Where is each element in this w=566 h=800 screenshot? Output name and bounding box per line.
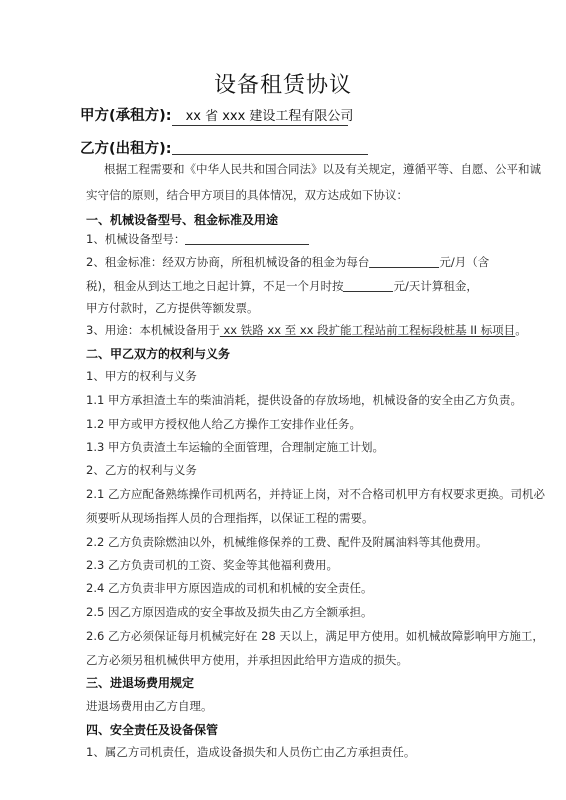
party-a-item-1-1: 1.1 甲方承担渣土车的柴油消耗，提供设备的存放场地，机械设备的安全由乙方负责。 [86, 392, 522, 408]
party-b-item-2-1b: 须要听从现场指挥人员的合理指挥，以保证工程的需要。 [86, 510, 374, 526]
usage-label: 3、用途：本机械设备用于 [86, 323, 220, 337]
party-b-item-2-4: 2.4 乙方负责非甲方原因造成的司机和机械的安全责任。 [86, 580, 372, 596]
party-b-item-2-5: 2.5 因乙方原因造成的安全事故及损失由乙方全额承担。 [86, 604, 372, 620]
monthly-rent-blank [369, 255, 439, 268]
section-1-item-2-line-3: 甲方付款时，乙方提供等额发票。 [86, 300, 259, 316]
party-a-value: xx 省 xxx 建设工程有限公司 [172, 109, 348, 126]
section-1-item-2-line-2: 税)，租金从到达工地之日起计算，不足一个月时按元/天计算租金， [86, 278, 478, 294]
party-b-item-2-6b: 乙方必须另租机械供甲方使用，并承担因此给甲方造成的损失。 [86, 652, 408, 668]
section-2-heading: 二、甲乙双方的权利与义务 [86, 345, 230, 362]
party-b-blank [172, 140, 368, 155]
party-b-row: 乙方(出租方): [80, 137, 368, 158]
rent-text-a: 2、租金标准：经双方协商，所租机械设备的租金为每台 [86, 255, 369, 269]
section-1-item-1: 1、机械设备型号： [86, 231, 309, 247]
section-1-heading: 一、机械设备型号、租金标准及用途 [86, 211, 278, 228]
party-a-rights-heading: 1、甲方的权利与义务 [86, 368, 197, 384]
party-b-rights-heading: 2、乙方的权利与义务 [86, 462, 197, 478]
party-a-item-1-2: 1.2 甲方或甲方授权他人给乙方操作工安排作业任务。 [86, 416, 361, 432]
party-b-item-2-6a: 2.6 乙方必须保证每月机械完好在 28 天以上，满足甲方使用。如机械故障影响甲… [86, 628, 544, 644]
party-b-item-2-3: 2.3 乙方负责司机的工资、奖金等其他福利费用。 [86, 557, 338, 573]
equipment-model-blank [185, 232, 309, 245]
equipment-model-label: 1、机械设备型号： [86, 232, 185, 246]
rent-text-d: 元/天计算租金， [393, 279, 477, 293]
section-4-heading: 四、安全责任及设备保管 [86, 721, 218, 738]
rent-text-c: 税)，租金从到达工地之日起计算，不足一个月时按 [86, 279, 343, 293]
usage-value: xx 铁路 xx 至 xx 段扩能工程站前工程标段桩基 II 标项目 [220, 323, 515, 337]
section-3-text: 进退场费用由乙方自理。 [86, 698, 213, 714]
party-b-label: 乙方(出租方): [80, 141, 172, 157]
section-1-item-3: 3、用途：本机械设备用于 xx 铁路 xx 至 xx 段扩能工程站前工程标段桩基… [86, 322, 527, 338]
document-page: 设备租赁协议 甲方(承租方):xx 省 xxx 建设工程有限公司 乙方(出租方)… [0, 0, 566, 800]
party-b-item-2-1a: 2.1 乙方应配备熟练操作司机两名，并持证上岗，对不合格司机甲方有权要求更换。司… [86, 486, 545, 502]
preamble-line-1: 根据工程需要和《中华人民共和国合同法》以及有关规定，遵循平等、自愿、公平和诚 [104, 161, 541, 177]
section-3-heading: 三、进退场费用规定 [86, 674, 194, 691]
party-a-label: 甲方(承租方): [80, 108, 172, 124]
party-a-row: 甲方(承租方):xx 省 xxx 建设工程有限公司 [80, 104, 348, 126]
daily-rent-blank [343, 279, 393, 292]
document-title: 设备租赁协议 [0, 68, 566, 99]
party-b-item-2-2: 2.2 乙方负责除燃油以外，机械维修保养的工费、配件及附属油料等其他费用。 [86, 534, 487, 550]
section-1-item-2-line-1: 2、租金标准：经双方协商，所租机械设备的租金为每台元/月（含 [86, 254, 489, 270]
usage-end: 。 [515, 323, 527, 337]
party-a-item-1-3: 1.3 甲方负责渣土车运输的全面管理，合理制定施工计划。 [86, 439, 384, 455]
preamble-line-2: 实守信的原则，结合甲方项目的具体情况，双方达成如下协议： [86, 187, 408, 203]
rent-text-b: 元/月（含 [439, 255, 489, 269]
section-4-item-1: 1、属乙方司机责任，造成设备损失和人员伤亡由乙方承担责任。 [86, 744, 415, 760]
